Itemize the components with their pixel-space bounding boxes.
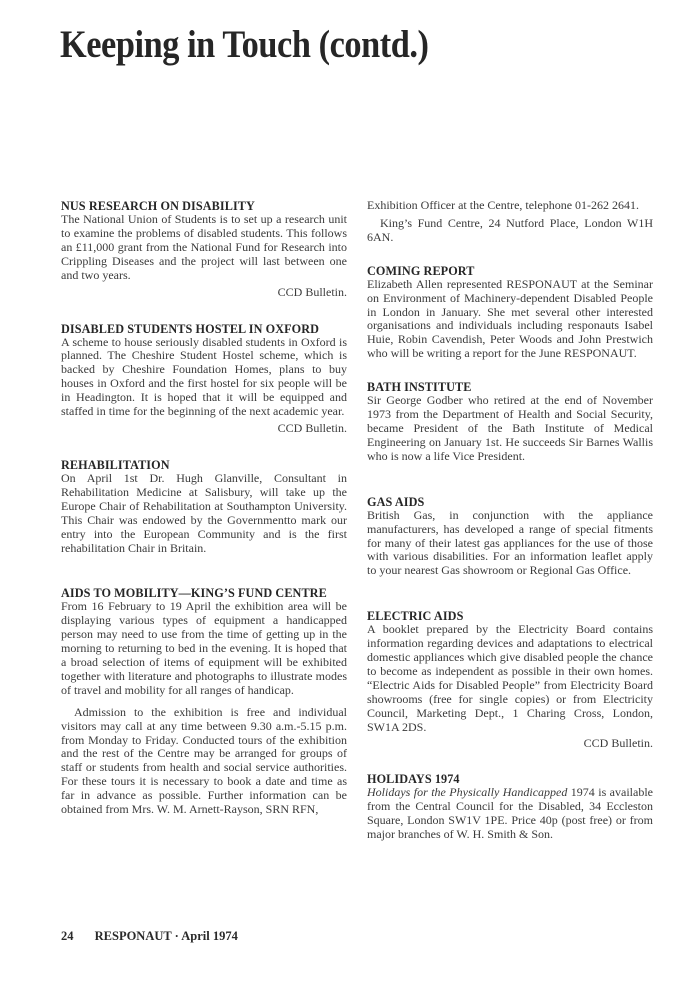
article-body: Exhibition Officer at the Centre, teleph… xyxy=(367,199,653,213)
article-body: Elizabeth Allen represented RESPONAUT at… xyxy=(367,278,653,361)
article-heading: HOLIDAYS 1974 xyxy=(367,772,653,786)
article-rehabilitation: REHABILITATION On April 1st Dr. Hugh Gla… xyxy=(61,458,347,555)
article-body: British Gas, in conjunction with the app… xyxy=(367,509,653,579)
article-bath-institute: BATH INSTITUTE Sir George Godber who ret… xyxy=(367,380,653,464)
article-disabled-students-hostel: DISABLED STUDENTS HOSTEL IN OXFORD A sch… xyxy=(61,322,347,435)
page-footer: 24 RESPONAUT · April 1974 xyxy=(61,929,238,944)
article-body: King’s Fund Centre, 24 Nutford Place, Lo… xyxy=(367,217,653,245)
left-column: NUS RESEARCH ON DISABILITY The National … xyxy=(61,199,347,817)
article-body: A scheme to house seriously disabled stu… xyxy=(61,336,347,419)
article-body: The National Union of Students is to set… xyxy=(61,213,347,283)
right-column: Exhibition Officer at the Centre, teleph… xyxy=(367,199,653,842)
article-heading: COMING REPORT xyxy=(367,264,653,278)
article-body: Holidays for the Physically Handicapped … xyxy=(367,786,653,842)
article-source: CCD Bulletin. xyxy=(61,421,347,435)
article-holidays-1974: HOLIDAYS 1974 Holidays for the Physicall… xyxy=(367,772,653,842)
article-heading: DISABLED STUDENTS HOSTEL IN OXFORD xyxy=(61,322,347,336)
article-nus-research: NUS RESEARCH ON DISABILITY The National … xyxy=(61,199,347,299)
article-body: From 16 February to 19 April the exhibit… xyxy=(61,600,347,697)
page-number: 24 xyxy=(61,929,74,943)
page-title: Keeping in Touch (contd.) xyxy=(60,22,429,67)
article-source: CCD Bulletin. xyxy=(61,285,347,299)
article-heading: GAS AIDS xyxy=(367,495,653,509)
article-body: Admission to the exhibition is free and … xyxy=(61,706,347,817)
article-heading: NUS RESEARCH ON DISABILITY xyxy=(61,199,347,213)
article-heading: ELECTRIC AIDS xyxy=(367,609,653,623)
article-body: A booklet prepared by the Electricity Bo… xyxy=(367,623,653,734)
article-coming-report: COMING REPORT Elizabeth Allen represente… xyxy=(367,264,653,361)
article-body: Sir George Godber who retired at the end… xyxy=(367,394,653,464)
article-heading: REHABILITATION xyxy=(61,458,347,472)
article-aids-to-mobility-continued: Exhibition Officer at the Centre, teleph… xyxy=(367,199,653,245)
publication-line: RESPONAUT · April 1974 xyxy=(95,929,238,943)
article-electric-aids: ELECTRIC AIDS A booklet prepared by the … xyxy=(367,609,653,750)
article-heading: BATH INSTITUTE xyxy=(367,380,653,394)
article-aids-to-mobility: AIDS TO MOBILITY—KING’S FUND CENTRE From… xyxy=(61,586,347,817)
article-gas-aids: GAS AIDS British Gas, in conjunction wit… xyxy=(367,495,653,579)
article-source: CCD Bulletin. xyxy=(367,736,653,750)
article-body: On April 1st Dr. Hugh Glanville, Consult… xyxy=(61,472,347,555)
article-heading: AIDS TO MOBILITY—KING’S FUND CENTRE xyxy=(61,586,347,600)
publication-title: Holidays for the Physically Handicapped xyxy=(367,785,567,799)
